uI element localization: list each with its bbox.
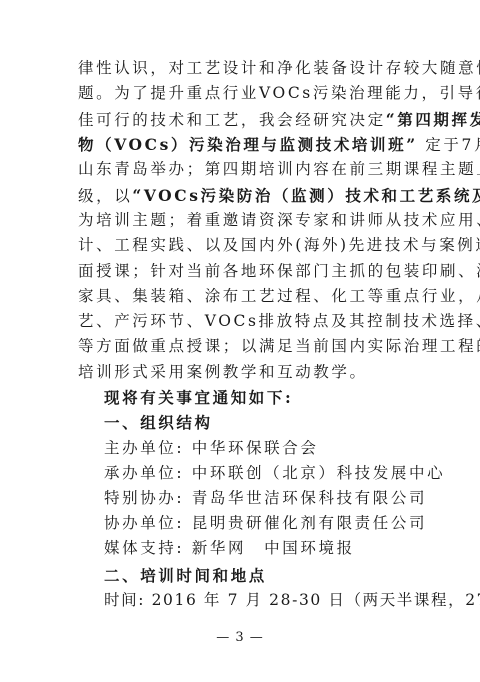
text-run: 家具、集装箱、涂布工艺过程、化工等重点行业，从生产工: [78, 287, 480, 305]
text-run: 律性认识，对工艺设计和净化装备设计存较大随意性等问: [78, 59, 480, 77]
paragraph-line: 律性认识，对工艺设计和净化装备设计存较大随意性等问: [78, 56, 418, 81]
text-run: 题。为了提升重点行业VOCs污染治理能力，引导行业选择最: [78, 84, 480, 102]
org-item-media-support: 媒体支持: 新华网 中国环境报: [104, 536, 444, 561]
bold-training-theme: “VOCs污染防治（监测）技术和工艺系统及案例运用”: [132, 186, 480, 205]
org-label: 协办单位:: [104, 514, 184, 532]
paragraph-line: 艺、产污环节、VOCs排放特点及其控制技术选择、案例运用: [78, 309, 418, 334]
paragraph-line: 面授课；针对当前各地环保部门主抓的包装印刷、汽车制造、: [78, 259, 418, 284]
text-run: 艺、产污环节、VOCs排放特点及其控制技术选择、案例运用: [78, 312, 480, 330]
org-label: 承办单位:: [104, 464, 184, 482]
section-heading-time-place: 二、培训时间和地点: [104, 563, 444, 588]
paragraph-line: 级，以“VOCs污染防治（监测）技术和工艺系统及案例运用”: [78, 183, 418, 208]
org-item-co-organizer: 协办单位: 昆明贵研催化剂有限责任公司: [104, 511, 444, 536]
training-time: 时间: 2016 年 7 月 28-30 日（两天半课程，27 日报到）: [104, 588, 444, 613]
org-item-special-co-organizer: 特别协办: 青岛华世洁环保科技有限公司: [104, 486, 444, 511]
paragraph-line: 佳可行的技术和工艺，我会经研究决定“第四期挥发性有机: [78, 107, 418, 132]
org-value: 中华环保联合会: [192, 439, 319, 457]
document-page: 律性认识，对工艺设计和净化装备设计存较大随意性等问 题。为了提升重点行业VOCs…: [0, 0, 480, 682]
text-run: 为培训主题；着重邀请资深专家和讲师从技术应用、工艺设: [78, 211, 480, 229]
paragraph-line: 计、工程实践、以及国内外(海外)先进技术与案例运用等方: [78, 233, 418, 258]
bold-course-title: “第四期挥发性有机: [386, 110, 480, 129]
text-run: 计、工程实践、以及国内外(海外)先进技术与案例运用等方: [78, 236, 480, 254]
paragraph-line: 物（VOCs）污染治理与监测技术培训班” 定于7月28-30日在: [78, 132, 418, 157]
org-label: 媒体支持:: [104, 539, 184, 557]
text-run: 山东青岛举办；第四期培训内容在前三期课程主题上强化升: [78, 160, 480, 178]
section-heading-organization: 一、组织结构: [104, 410, 444, 435]
text-run: 佳可行的技术和工艺，我会经研究决定: [78, 111, 386, 129]
paragraph-line: 为培训主题；着重邀请资深专家和讲师从技术应用、工艺设: [78, 208, 418, 233]
time-value: 2016 年 7 月 28-30 日（两天半课程，27 日报到）: [152, 591, 480, 609]
org-label: 特别协办:: [104, 489, 184, 507]
text-run: 面授课；针对当前各地环保部门主抓的包装印刷、汽车制造、: [78, 262, 480, 280]
notice-intro: 现将有关事宜通知如下:: [104, 385, 444, 410]
paragraph-line: 山东青岛举办；第四期培训内容在前三期课程主题上强化升: [78, 157, 418, 182]
org-label: 主办单位:: [104, 439, 184, 457]
org-value: 青岛华世洁环保科技有限公司: [192, 489, 427, 507]
org-value: 新华网 中国环境报: [192, 539, 355, 557]
text-run: 定于7月28-30日在: [418, 136, 480, 154]
time-label: 时间:: [104, 591, 145, 609]
paragraph-line: 题。为了提升重点行业VOCs污染治理能力，引导行业选择最: [78, 81, 418, 106]
page-number: — 3 —: [0, 628, 480, 648]
paragraph-line: 等方面做重点授课；以满足当前国内实际治理工程的需要，: [78, 334, 418, 359]
text-run: 培训形式采用案例教学和互动教学。: [78, 363, 368, 381]
bold-course-title: 物（VOCs）污染治理与监测技术培训班”: [78, 135, 418, 154]
org-value: 中环联创（北京）科技发展中心: [192, 464, 445, 482]
paragraph-line: 培训形式采用案例教学和互动教学。: [78, 360, 418, 385]
text-run: 级，以: [78, 187, 132, 205]
org-item-host: 主办单位: 中华环保联合会: [104, 436, 444, 461]
org-item-organizer: 承办单位: 中环联创（北京）科技发展中心: [104, 461, 444, 486]
paragraph-line: 家具、集装箱、涂布工艺过程、化工等重点行业，从生产工: [78, 284, 418, 309]
text-run: 等方面做重点授课；以满足当前国内实际治理工程的需要，: [78, 337, 480, 355]
org-value: 昆明贵研催化剂有限责任公司: [192, 514, 427, 532]
